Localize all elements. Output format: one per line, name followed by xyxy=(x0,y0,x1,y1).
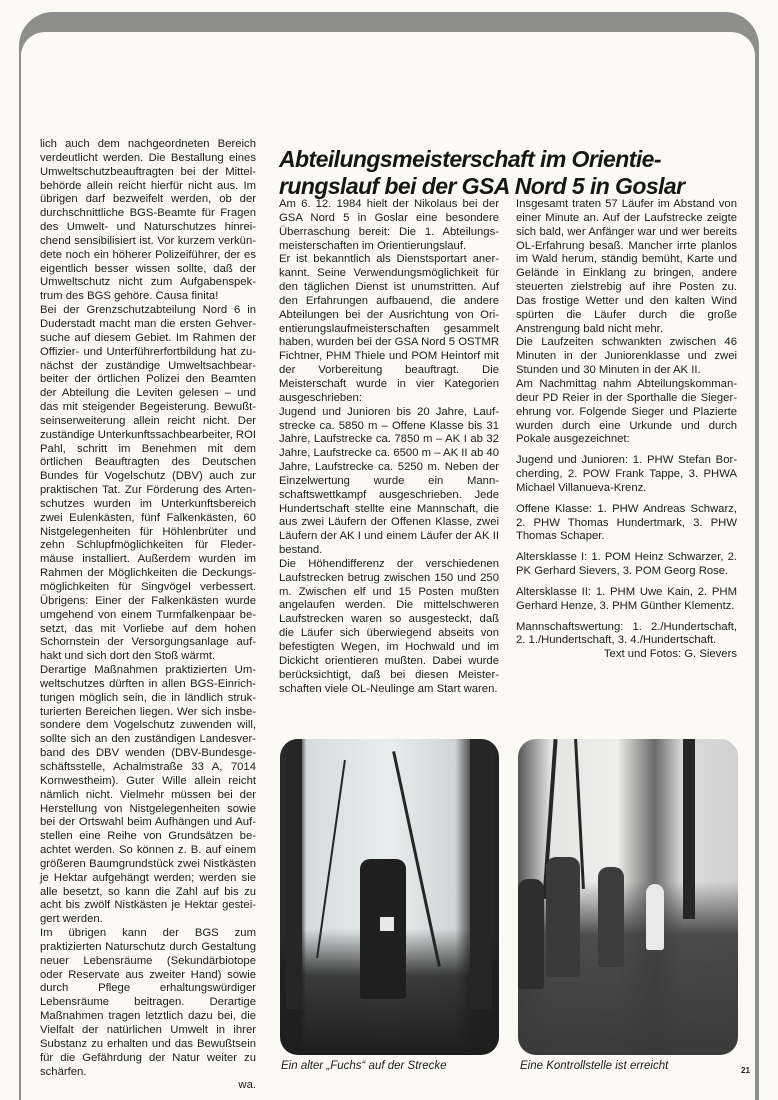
result-jugend: Jugend und Junioren: 1. PHW Stefan Bor­c… xyxy=(516,454,737,496)
paragraph: lich auch dem nachgeordneten Bereich ver… xyxy=(40,138,256,304)
paragraph: Er ist bekanntlich als Dienstsportart an… xyxy=(279,253,499,405)
soldier-figure xyxy=(546,857,580,977)
photo-caption: Ein alter „Fuchs“ auf der Strecke xyxy=(281,1060,447,1072)
tree-trunk xyxy=(286,739,302,1009)
paragraph: Insgesamt traten 57 Läufer im Abstand vo… xyxy=(516,198,737,336)
paragraph: Jugend und Junioren bis 20 Jahre, Lauf­s… xyxy=(279,406,499,558)
paragraph: Die Höhendifferenz der verschiedenen Lau… xyxy=(279,558,499,696)
photo-runner-in-forest xyxy=(280,739,499,1055)
article-headline: Abteilungsmeisterschaft im Orientie­rung… xyxy=(279,146,740,200)
middle-column: Am 6. 12. 1984 hielt der Nikolaus bei de… xyxy=(279,198,499,696)
paragraph: Am Nachmittag nahm Abteilungskomman­deur… xyxy=(516,378,737,447)
result-mannschaft: Mannschaftswertung: 1. 2./Hundertschaft,… xyxy=(516,621,737,649)
left-column: lich auch dem nachgeordneten Bereich ver… xyxy=(40,138,256,1093)
paragraph: Am 6. 12. 1984 hielt der Nikolaus bei de… xyxy=(279,198,499,253)
tree-trunk xyxy=(683,739,695,919)
runner-figure xyxy=(646,884,664,950)
photo-control-point xyxy=(518,739,738,1055)
right-margin-rule xyxy=(757,60,759,1075)
paragraph: Im übrigen kann der BGS zum praktizierte… xyxy=(40,927,256,1079)
result-offene-klasse: Offene Klasse: 1. PHW Andreas Schwarz, 2… xyxy=(516,503,737,545)
tree-trunk xyxy=(470,739,492,1009)
page-number: 21 xyxy=(741,1066,750,1075)
paragraph: Derartige Maßnahmen praktizierten Um­wel… xyxy=(40,664,256,927)
branch xyxy=(316,760,346,958)
soldier-figure xyxy=(598,867,624,967)
photo-credit: Text und Fotos: G. Sievers xyxy=(516,648,737,662)
map-in-hand xyxy=(380,917,394,931)
right-column: Insgesamt traten 57 Läufer im Abstand vo… xyxy=(516,198,737,662)
paragraph: Bei der Grenzschutzabteilung Nord 6 in D… xyxy=(40,304,256,664)
photo-caption: Eine Kontrollstelle ist erreicht xyxy=(520,1060,668,1072)
result-altersklasse-2: Altersklasse II: 1. PHM Uwe Kain, 2. PHM… xyxy=(516,586,737,614)
result-altersklasse-1: Altersklasse I: 1. POM Heinz Schwarzer, … xyxy=(516,551,737,579)
soldier-figure xyxy=(518,879,544,989)
paragraph: Die Laufzeiten schwankten zwischen 46 Mi… xyxy=(516,336,737,378)
author-signature: wa. xyxy=(40,1079,256,1093)
